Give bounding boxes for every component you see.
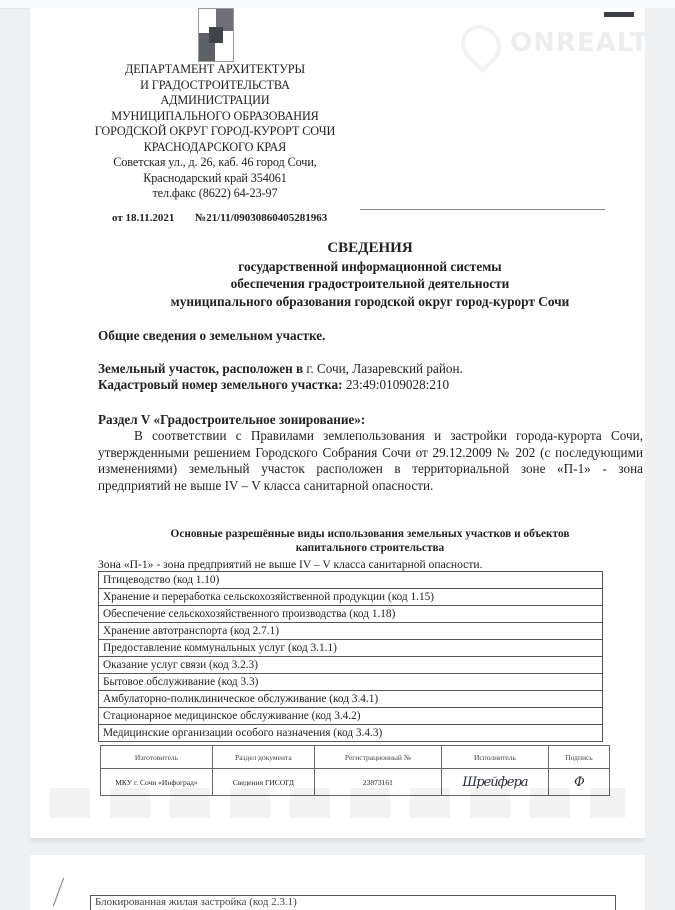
date-number-line: от 18.11.2021 №21/11/09030860405281963 (112, 212, 327, 224)
house-pin-icon (453, 17, 510, 74)
department-line: АДМИНИСТРАЦИИ (85, 93, 345, 109)
cadastral-number: 23:49:0109028:210 (346, 377, 449, 392)
use-cell: Медицинские организации особого назначен… (99, 725, 603, 742)
bleed-through-text (50, 788, 625, 818)
table-row: Обеспечение сельскохозяйственного произв… (99, 606, 603, 623)
use-cell: Хранение автотранспорта (код 2.7.1) (99, 623, 603, 640)
use-cell: Птицеводство (код 1.10) (99, 572, 603, 589)
address-line: Советская ул., д. 26, каб. 46 город Сочи… (85, 155, 345, 171)
page-2-table-top: Блокированная жилая застройка (код 2.3.1… (90, 895, 616, 910)
department-header: ДЕПАРТАМЕНТ АРХИТЕКТУРЫ И ГРАДОСТРОИТЕЛЬ… (85, 62, 345, 202)
corner-mark (604, 12, 634, 17)
header-cell: Исполнитель (442, 746, 549, 769)
department-line: ГОРОДСКОЙ ОКРУГ ГОРОД-КУРОРТ СОЧИ (85, 124, 345, 140)
department-line: КРАСНОДАРСКОГО КРАЯ (85, 140, 345, 156)
document-title: СВЕДЕНИЯ государственной информационной … (90, 240, 650, 310)
title-line: муниципального образования городской окр… (90, 293, 650, 311)
permitted-uses-table: Птицеводство (код 1.10) Хранение и перер… (98, 571, 603, 742)
table-row: Предоставление коммунальных услуг (код 3… (99, 640, 603, 657)
zoning-paragraph: В соответствии с Правилами землепользова… (98, 428, 643, 494)
title-heading: СВЕДЕНИЯ (90, 240, 650, 258)
table-row: Оказание услуг связи (код 3.2.3) (99, 657, 603, 674)
department-line: И ГРАДОСТРОИТЕЛЬСТВА (85, 78, 345, 94)
caption-line: Основные разрешённые виды использования … (110, 527, 630, 541)
use-cell: Бытовое обслуживание (код 3.3) (99, 674, 603, 691)
department-line: ДЕПАРТАМЕНТ АРХИТЕКТУРЫ (85, 62, 345, 78)
zoning-paragraph-text: В соответствии с Правилами землепользова… (98, 428, 643, 493)
location-line: Земельный участок, расположен в г. Сочи,… (98, 361, 643, 378)
department-line: МУНИЦИПАЛЬНОГО ОБРАЗОВАНИЯ (85, 109, 345, 125)
location-value: г. Сочи, Лазаревский район. (306, 361, 462, 376)
header-cell: Подпись (548, 746, 609, 769)
use-cell: Стационарное медицинское обслуживание (к… (99, 708, 603, 725)
address-line: Краснодарский край 354061 (85, 171, 345, 187)
use-cell: Амбулаторно-поликлиническое обслуживание… (99, 691, 603, 708)
phone-line: тел.факс (8622) 64-23-97 (85, 186, 345, 202)
section-5-heading: Раздел V «Градостроительное зонирование»… (98, 412, 643, 429)
zone-description: Зона «П-1» - зона предприятий не выше IV… (98, 558, 483, 571)
title-line: обеспечения градостроительной деятельнос… (90, 275, 650, 293)
document-page-1: ONREALT ДЕПАРТАМЕНТ АРХИТЕКТУРЫ И ГРАДОС… (30, 8, 645, 838)
table-row: Амбулаторно-поликлиническое обслуживание… (99, 691, 603, 708)
document-page-2: Блокированная жилая застройка (код 2.3.1… (30, 855, 645, 910)
document-date: от 18.11.2021 (112, 212, 174, 224)
header-cell: Раздел документа (212, 746, 314, 769)
use-cell: Хранение и переработка сельскохозяйствен… (99, 589, 603, 606)
table-row: Бытовое обслуживание (код 3.3) (99, 674, 603, 691)
divider-line (360, 209, 605, 210)
general-info-heading: Общие сведения о земельном участке. (98, 328, 643, 345)
viewer-right-margin (645, 8, 675, 910)
caption-line: капитального строительства (110, 541, 630, 555)
table-row: Хранение и переработка сельскохозяйствен… (99, 589, 603, 606)
title-line: государственной информационной системы (90, 258, 650, 276)
table-row: Медицинские организации особого назначен… (99, 725, 603, 742)
signature-table-header: Изготовитель Раздел документа Регистраци… (101, 746, 610, 769)
sochi-coat-of-arms-icon (198, 8, 234, 62)
onrealt-watermark: ONREALT (462, 22, 652, 68)
pen-mark (53, 878, 64, 907)
document-number: №21/11/09030860405281963 (195, 212, 327, 224)
use-cell: Обеспечение сельскохозяйственного произв… (99, 606, 603, 623)
table-row: Хранение автотранспорта (код 2.7.1) (99, 623, 603, 640)
use-cell: Оказание услуг связи (код 3.2.3) (99, 657, 603, 674)
cadastral-line: Кадастровый номер земельного участка: 23… (98, 377, 643, 394)
cadastral-label: Кадастровый номер земельного участка: (98, 377, 343, 392)
header-cell: Регистрационный № (314, 746, 441, 769)
table-row: Стационарное медицинское обслуживание (к… (99, 708, 603, 725)
header-cell: Изготовитель (101, 746, 213, 769)
uses-table-caption: Основные разрешённые виды использования … (110, 527, 630, 555)
use-cell: Предоставление коммунальных услуг (код 3… (99, 640, 603, 657)
table-row: Птицеводство (код 1.10) (99, 572, 603, 589)
location-label: Земельный участок, расположен в (98, 361, 303, 376)
